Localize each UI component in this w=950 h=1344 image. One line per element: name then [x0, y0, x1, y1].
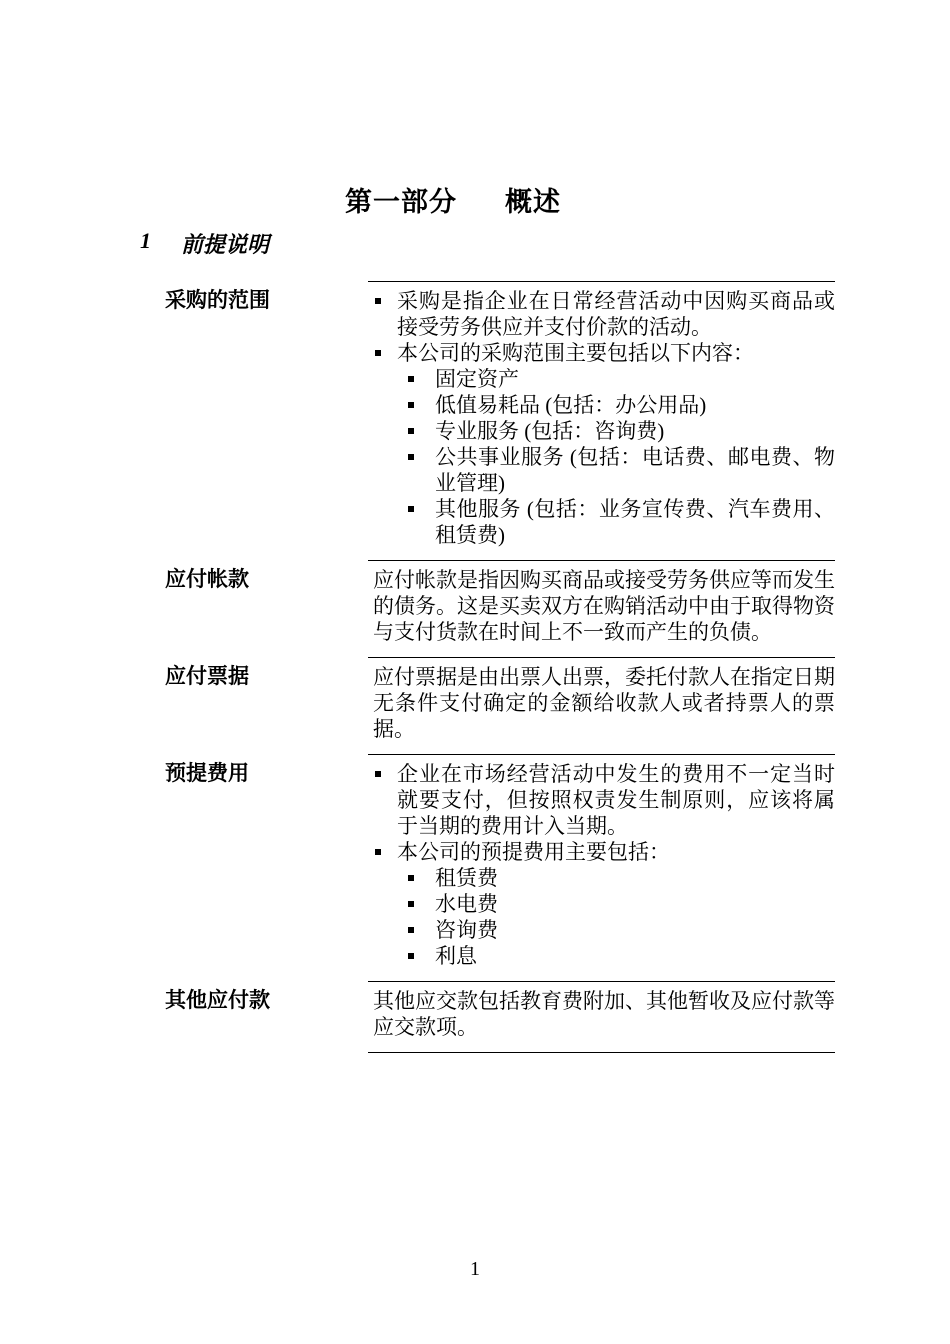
doc-title-subject: 概述 — [505, 180, 561, 219]
bullet-square-icon — [408, 927, 414, 933]
bullet-text: 低值易耗品 (包括：办公用品) — [435, 392, 835, 418]
bullet-text: 水电费 — [435, 891, 835, 917]
row-content: 采购是指企业在日常经营活动中因购买商品或接受劳务供应并支付价款的活动。本公司的采… — [368, 281, 835, 560]
bullet-text: 其他服务 (包括：业务宣传费、汽车费用、租赁费) — [435, 496, 835, 548]
bullet-square-icon — [408, 376, 414, 382]
bullet2-item: 固定资产 — [368, 366, 835, 392]
definition-paragraph: 应付票据是由出票人出票，委托付款人在指定日期无条件支付确定的金额给收款人或者持票… — [368, 664, 835, 742]
bullet-square-icon — [408, 402, 414, 408]
table-row: 采购的范围采购是指企业在日常经营活动中因购买商品或接受劳务供应并支付价款的活动。… — [165, 281, 835, 560]
bullet-square-icon — [408, 428, 414, 434]
row-label: 采购的范围 — [165, 281, 368, 560]
bullet-text: 专业服务 (包括：咨询费) — [435, 418, 835, 444]
table-row: 应付帐款应付帐款是指因购买商品或接受劳务供应等而发生的债务。这是买卖双方在购销活… — [165, 560, 835, 657]
bullet-square-icon — [375, 771, 381, 777]
bullet-square-icon — [375, 350, 381, 356]
bullet2-item: 租赁费 — [368, 865, 835, 891]
bullet-text: 企业在市场经营活动中发生的费用不一定当时就要支付，但按照权责发生制原则，应该将属… — [397, 761, 835, 839]
bullet-text: 公共事业服务 (包括：电话费、邮电费、物业管理) — [435, 444, 835, 496]
table-row: 其他应付款其他应交款包括教育费附加、其他暂收及应付款等应交款项。 — [165, 981, 835, 1053]
bullet-text: 采购是指企业在日常经营活动中因购买商品或接受劳务供应并支付价款的活动。 — [397, 288, 835, 340]
bullet-square-icon — [375, 849, 381, 855]
bullet-square-icon — [408, 506, 414, 512]
bullet1-item: 企业在市场经营活动中发生的费用不一定当时就要支付，但按照权责发生制原则，应该将属… — [368, 761, 835, 839]
bullet2-item: 利息 — [368, 943, 835, 969]
table-row: 应付票据应付票据是由出票人出票，委托付款人在指定日期无条件支付确定的金额给收款人… — [165, 657, 835, 754]
row-label: 其他应付款 — [165, 981, 368, 1053]
bullet2-item: 咨询费 — [368, 917, 835, 943]
bullet-text: 本公司的预提费用主要包括： — [397, 839, 835, 865]
section-title: 前提说明 — [181, 228, 269, 259]
bullet1-item: 本公司的预提费用主要包括： — [368, 839, 835, 865]
row-label: 应付票据 — [165, 657, 368, 754]
bullet2-item: 其他服务 (包括：业务宣传费、汽车费用、租赁费) — [368, 496, 835, 548]
bullet-text: 固定资产 — [435, 366, 835, 392]
row-content: 企业在市场经营活动中发生的费用不一定当时就要支付，但按照权责发生制原则，应该将属… — [368, 754, 835, 981]
document-title: 第一部分 概述 — [345, 180, 561, 219]
bullet-text: 本公司的采购范围主要包括以下内容： — [397, 340, 835, 366]
definition-paragraph: 应付帐款是指因购买商品或接受劳务供应等而发生的债务。这是买卖双方在购销活动中由于… — [368, 567, 835, 645]
bullet-square-icon — [375, 298, 381, 304]
bullet-square-icon — [408, 454, 414, 460]
definition-table: 采购的范围采购是指企业在日常经营活动中因购买商品或接受劳务供应并支付价款的活动。… — [165, 281, 835, 1053]
row-label: 应付帐款 — [165, 560, 368, 657]
section-heading: 1 前提说明 — [140, 228, 269, 259]
bullet-text: 租赁费 — [435, 865, 835, 891]
definition-paragraph: 其他应交款包括教育费附加、其他暂收及应付款等应交款项。 — [368, 988, 835, 1040]
page-number: 1 — [0, 1258, 950, 1281]
table-row: 预提费用企业在市场经营活动中发生的费用不一定当时就要支付，但按照权责发生制原则，… — [165, 754, 835, 981]
bullet-text: 咨询费 — [435, 917, 835, 943]
section-number: 1 — [140, 228, 151, 259]
bullet-square-icon — [408, 901, 414, 907]
bullet1-item: 本公司的采购范围主要包括以下内容： — [368, 340, 835, 366]
document-page: 第一部分 概述 1 前提说明 采购的范围采购是指企业在日常经营活动中因购买商品或… — [0, 0, 950, 1344]
bullet2-item: 专业服务 (包括：咨询费) — [368, 418, 835, 444]
bullet2-item: 公共事业服务 (包括：电话费、邮电费、物业管理) — [368, 444, 835, 496]
bullet1-item: 采购是指企业在日常经营活动中因购买商品或接受劳务供应并支付价款的活动。 — [368, 288, 835, 340]
bullet-square-icon — [408, 875, 414, 881]
row-content: 应付帐款是指因购买商品或接受劳务供应等而发生的债务。这是买卖双方在购销活动中由于… — [368, 560, 835, 657]
bullet-square-icon — [408, 953, 414, 959]
bullet2-item: 水电费 — [368, 891, 835, 917]
row-label: 预提费用 — [165, 754, 368, 981]
row-content: 其他应交款包括教育费附加、其他暂收及应付款等应交款项。 — [368, 981, 835, 1053]
bullet-text: 利息 — [435, 943, 835, 969]
row-content: 应付票据是由出票人出票，委托付款人在指定日期无条件支付确定的金额给收款人或者持票… — [368, 657, 835, 754]
bullet2-item: 低值易耗品 (包括：办公用品) — [368, 392, 835, 418]
doc-title-part: 第一部分 — [345, 180, 457, 219]
